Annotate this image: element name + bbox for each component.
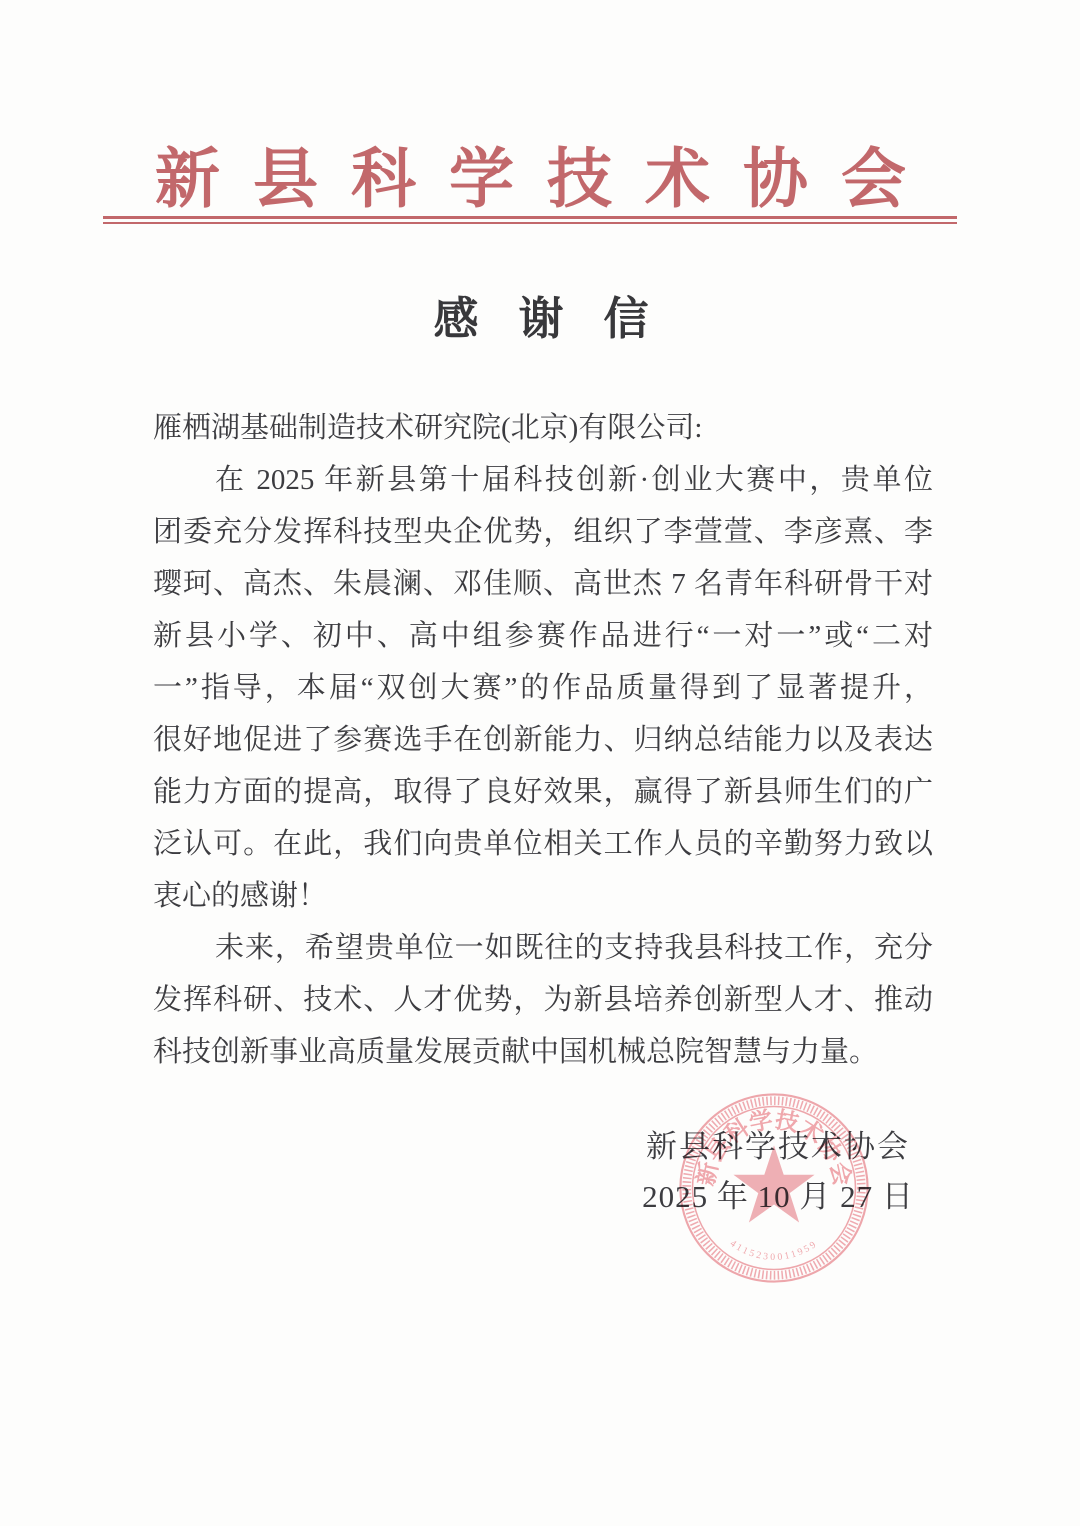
signature-org-name: 新县科学技术协会 <box>560 1122 996 1172</box>
letterhead-double-rule <box>103 216 957 224</box>
letterhead-org-name: 新县科学技术协会 <box>155 147 955 215</box>
body-line: 衷心的感谢！ <box>153 870 933 922</box>
seal-code-holder: 4115230011959 <box>728 1238 820 1263</box>
body-line: 团委充分发挥科技型央企优势，组织了李萱萱、李彦熹、李 <box>153 506 933 558</box>
body-line: 璎珂、高杰、朱晨澜、邓佳顺、高世杰 7 名青年科研骨干对 <box>153 558 933 610</box>
letter-title: 感谢信 <box>0 297 1080 342</box>
body-line: 很好地促进了参赛选手在创新能力、归纳总结能力以及表达 <box>153 714 933 766</box>
letter-body: 雁栖湖基础制造技术研究院(北京)有限公司: 在 2025 年新县第十届科技创新·… <box>153 402 933 1078</box>
signature-block: 新县科学技术协会 2025 年 10 月 27 日 <box>560 1122 996 1222</box>
body-line: 一”指导，本届“双创大赛”的作品质量得到了显著提升， <box>153 662 933 714</box>
seal-code-number: 4115230011959 <box>728 1238 820 1263</box>
signature-date: 2025 年 10 月 27 日 <box>560 1172 996 1222</box>
body-line: 未来，希望贵单位一如既往的支持我县科技工作，充分 <box>153 922 933 974</box>
body-line: 科技创新事业高质量发展贡献中国机械总院智慧与力量。 <box>153 1026 933 1078</box>
body-line: 能力方面的提高，取得了良好效果，赢得了新县师生们的广 <box>153 766 933 818</box>
thank-you-letter-page: 新县科学技术协会 感谢信 雁栖湖基础制造技术研究院(北京)有限公司: 在 202… <box>0 0 1080 1526</box>
recipient-line: 雁栖湖基础制造技术研究院(北京)有限公司: <box>153 402 933 454</box>
body-line: 发挥科研、技术、人才优势，为新县培养创新型人才、推动 <box>153 974 933 1026</box>
body-line: 在 2025 年新县第十届科技创新·创业大赛中，贵单位 <box>153 454 933 506</box>
body-line: 泛认可。在此，我们向贵单位相关工作人员的辛勤努力致以 <box>153 818 933 870</box>
body-line: 新县小学、初中、高中组参赛作品进行“一对一”或“二对 <box>153 610 933 662</box>
